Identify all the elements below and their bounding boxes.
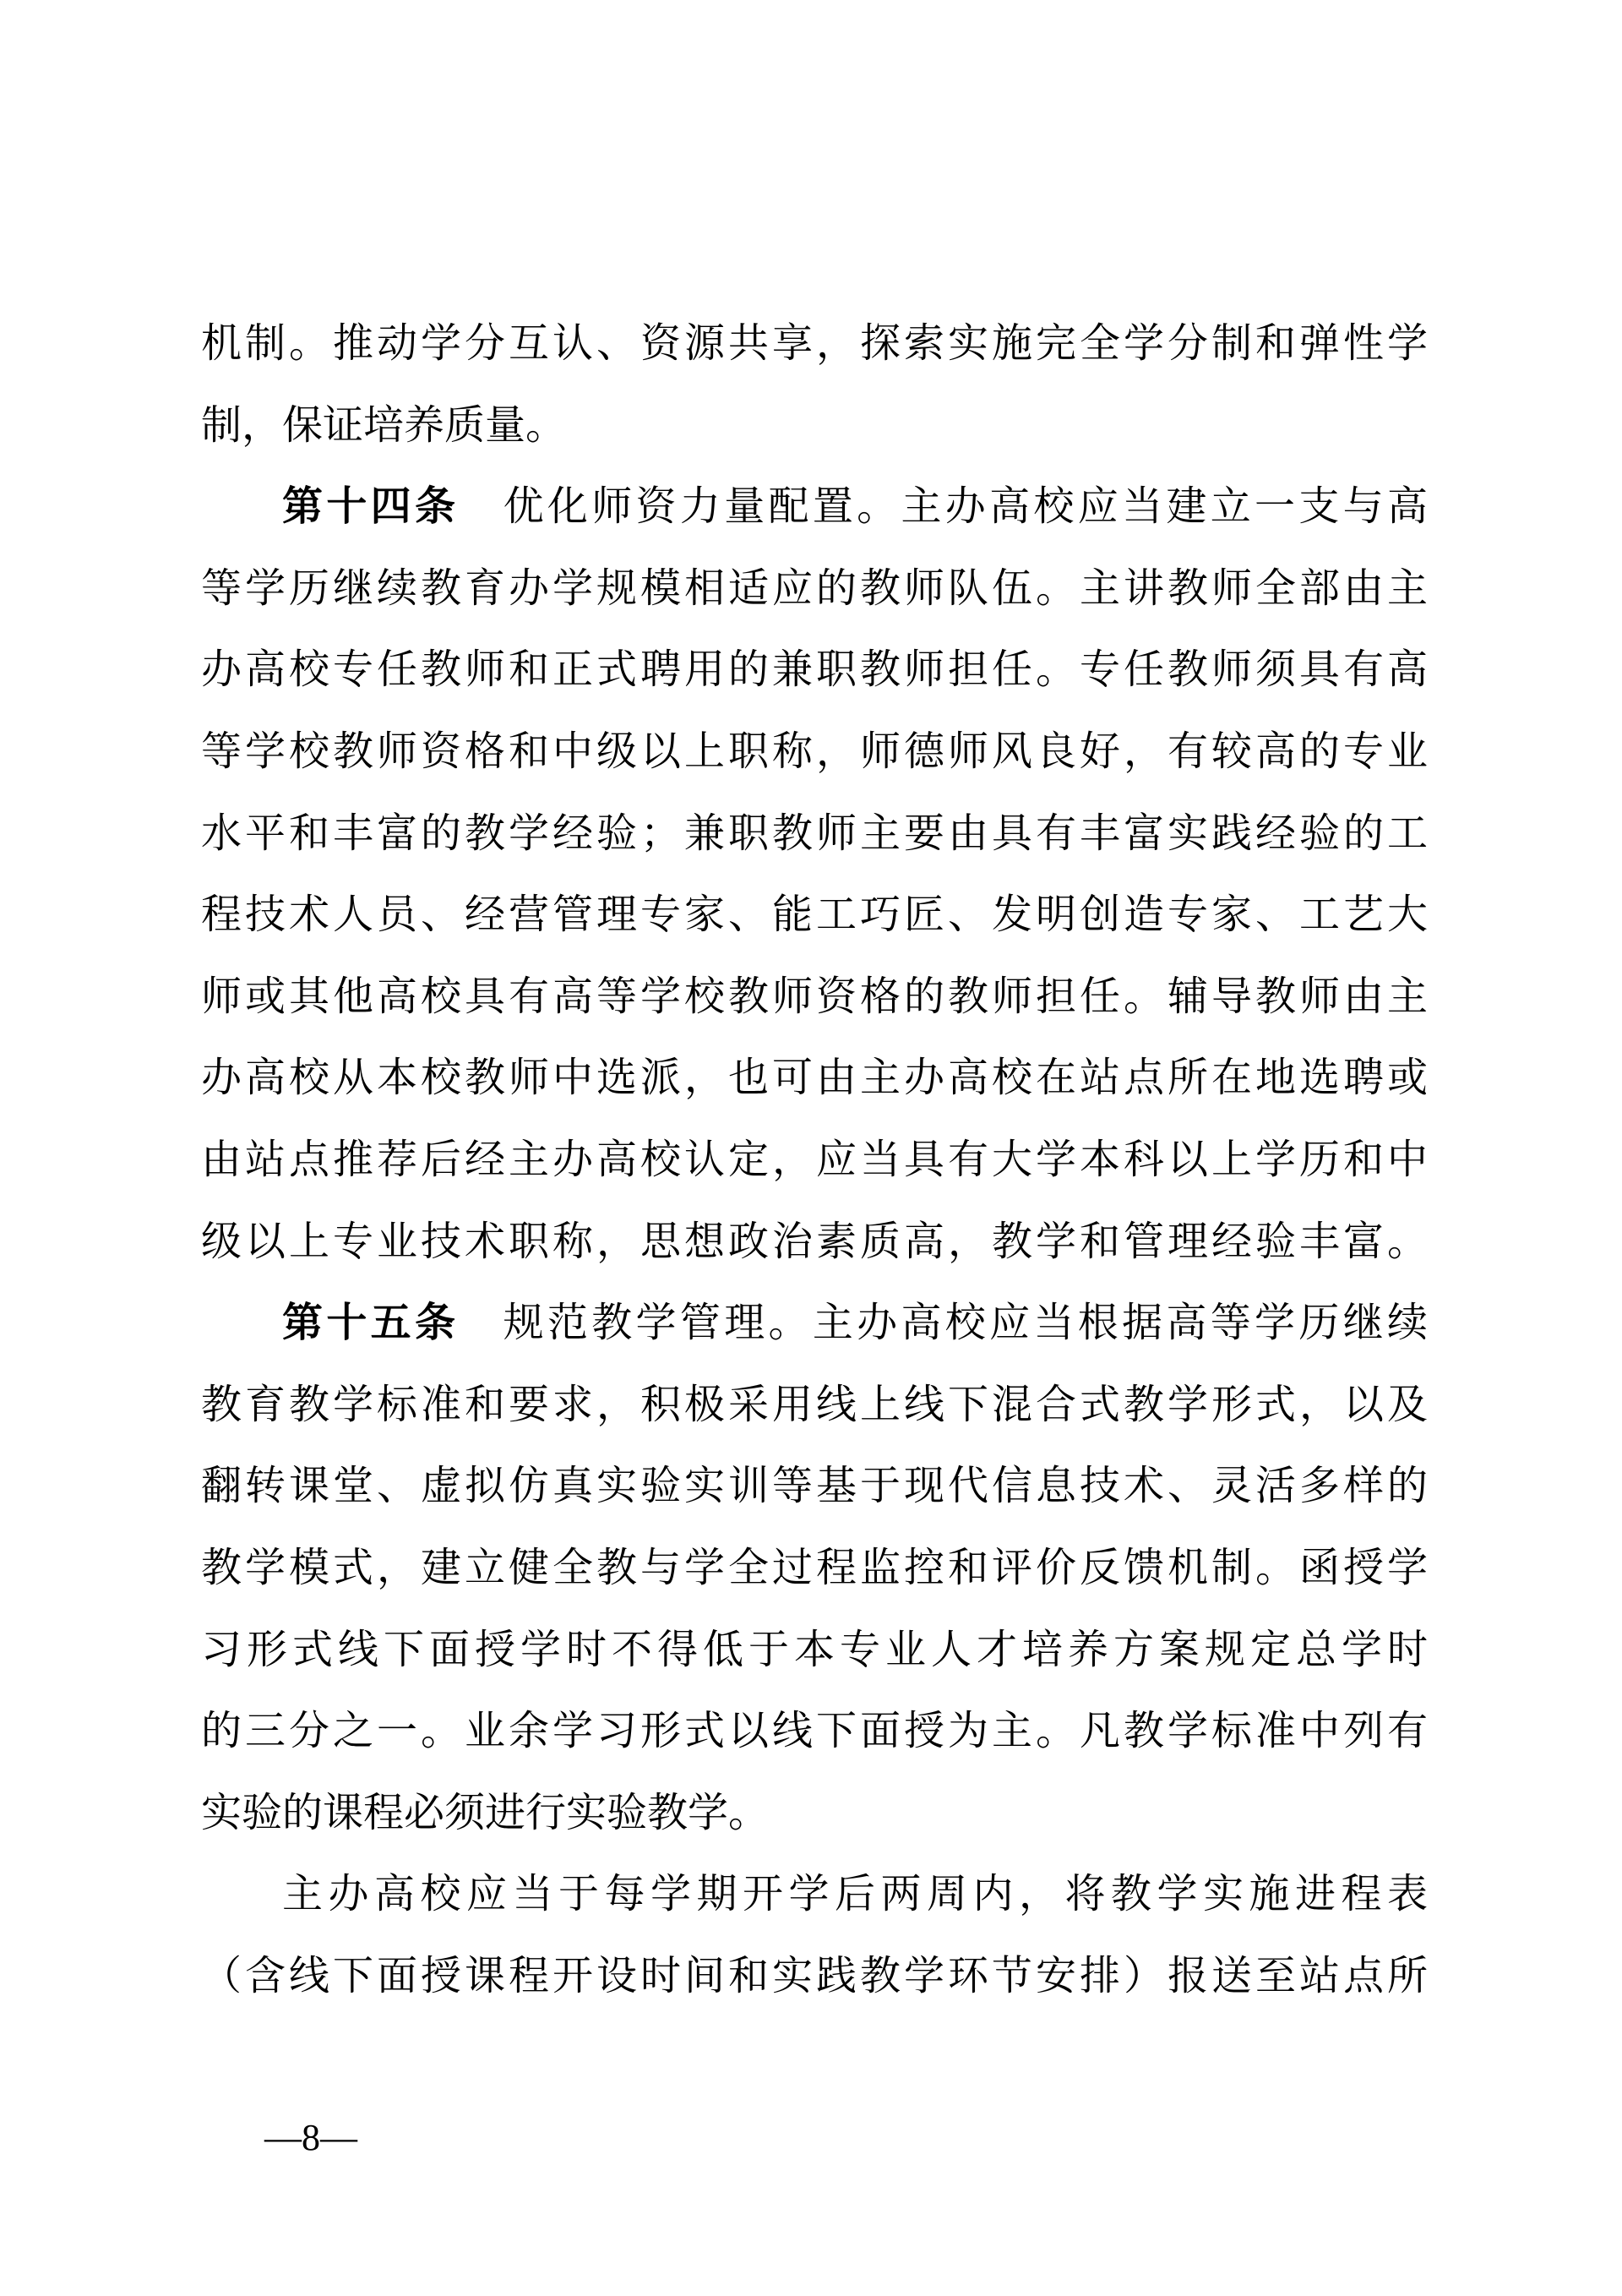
body-text: 程技术人员、经营管理专家、能工巧匠、发明创造专家、工艺大 xyxy=(201,892,1428,937)
text-line: 实验的课程必须进行实验教学。 xyxy=(201,1773,1428,1855)
article-number-heading: 第十五条 xyxy=(282,1301,459,1345)
body-text: 规范教学管理。主办高校应当根据高等学历继续 xyxy=(459,1301,1428,1345)
document-body: 机制。推动学分互认、资源共享，探索实施完全学分制和弹性学制，保证培养质量。第十四… xyxy=(201,303,1428,2017)
text-line: 办高校专任教师和正式聘用的兼职教师担任。专任教师须具有高 xyxy=(201,630,1428,712)
text-line: 制，保证培养质量。 xyxy=(201,385,1428,467)
para-article-15-teaching-management: 第十五条 规范教学管理。主办高校应当根据高等学历继续教育教学标准和要求，积极采用… xyxy=(201,1283,1428,1854)
body-text: 制，保证培养质量。 xyxy=(201,403,566,448)
body-text: 教学模式，建立健全教与学全过程监控和评价反馈机制。函授学 xyxy=(201,1546,1428,1590)
para-teaching-schedule-report: 主办高校应当于每学期开学后两周内，将教学实施进程表（含线下面授课程开设时间和实践… xyxy=(201,1854,1428,2017)
text-line: 教育教学标准和要求，积极采用线上线下混合式教学形式，以及 xyxy=(201,1365,1428,1447)
body-text: 办高校从本校教师中选派，也可由主办高校在站点所在地选聘或 xyxy=(201,1055,1428,1100)
text-line: 机制。推动学分互认、资源共享，探索实施完全学分制和弹性学 xyxy=(201,303,1428,385)
body-text: 的三分之一。业余学习形式以线下面授为主。凡教学标准中列有 xyxy=(201,1709,1428,1753)
page-footer: —8— xyxy=(264,2114,357,2162)
body-text: 翻转课堂、虚拟仿真实验实训等基于现代信息技术、灵活多样的 xyxy=(201,1464,1428,1508)
para-article-14-faculty: 第十四条 优化师资力量配置。主办高校应当建立一支与高等学历继续教育办学规模相适应… xyxy=(201,466,1428,1283)
text-line: 级以上专业技术职称，思想政治素质高，教学和管理经验丰富。 xyxy=(201,1202,1428,1284)
document-page: 机制。推动学分互认、资源共享，探索实施完全学分制和弹性学制，保证培养质量。第十四… xyxy=(0,0,1622,2296)
text-line: 第十四条 优化师资力量配置。主办高校应当建立一支与高 xyxy=(201,466,1428,548)
body-text: 等学校教师资格和中级以上职称，师德师风良好，有较高的专业 xyxy=(201,729,1428,774)
text-line: 师或其他高校具有高等学校教师资格的教师担任。辅导教师由主 xyxy=(201,957,1428,1039)
para-continuation-credit-system: 机制。推动学分互认、资源共享，探索实施完全学分制和弹性学制，保证培养质量。 xyxy=(201,303,1428,466)
text-line: 等学校教师资格和中级以上职称，师德师风良好，有较高的专业 xyxy=(201,712,1428,794)
text-line: （含线下面授课程开设时间和实践教学环节安排）报送至站点所 xyxy=(201,1936,1428,2018)
body-text: 习形式线下面授学时不得低于本专业人才培养方案规定总学时 xyxy=(201,1628,1428,1672)
body-text: 由站点推荐后经主办高校认定，应当具有大学本科以上学历和中 xyxy=(201,1137,1428,1182)
body-text: 机制。推动学分互认、资源共享，探索实施完全学分制和弹性学 xyxy=(201,321,1428,366)
text-line: 水平和丰富的教学经验；兼职教师主要由具有丰富实践经验的工 xyxy=(201,794,1428,875)
article-number-heading: 第十四条 xyxy=(282,484,459,529)
body-text: 办高校专任教师和正式聘用的兼职教师担任。专任教师须具有高 xyxy=(201,647,1428,692)
body-text: 主办高校应当于每学期开学后两周内，将教学实施进程表 xyxy=(282,1872,1428,1917)
body-text: 实验的课程必须进行实验教学。 xyxy=(201,1791,769,1835)
text-line: 程技术人员、经营管理专家、能工巧匠、发明创造专家、工艺大 xyxy=(201,875,1428,957)
text-line: 由站点推荐后经主办高校认定，应当具有大学本科以上学历和中 xyxy=(201,1120,1428,1202)
page-number: —8— xyxy=(264,2117,357,2158)
text-line: 第十五条 规范教学管理。主办高校应当根据高等学历继续 xyxy=(201,1283,1428,1365)
text-line: 习形式线下面授学时不得低于本专业人才培养方案规定总学时 xyxy=(201,1610,1428,1692)
body-text: 等学历继续教育办学规模相适应的教师队伍。主讲教师全部由主 xyxy=(201,566,1428,611)
body-text: 水平和丰富的教学经验；兼职教师主要由具有丰富实践经验的工 xyxy=(201,811,1428,856)
text-line: 的三分之一。业余学习形式以线下面授为主。凡教学标准中列有 xyxy=(201,1691,1428,1773)
text-line: 主办高校应当于每学期开学后两周内，将教学实施进程表 xyxy=(201,1854,1428,1936)
body-text: （含线下面授课程开设时间和实践教学环节安排）报送至站点所 xyxy=(201,1954,1428,1999)
body-text: 级以上专业技术职称，思想政治素质高，教学和管理经验丰富。 xyxy=(201,1219,1428,1264)
body-text: 优化师资力量配置。主办高校应当建立一支与高 xyxy=(459,484,1428,529)
body-text: 教育教学标准和要求，积极采用线上线下混合式教学形式，以及 xyxy=(201,1383,1428,1427)
text-line: 翻转课堂、虚拟仿真实验实训等基于现代信息技术、灵活多样的 xyxy=(201,1446,1428,1528)
body-text: 师或其他高校具有高等学校教师资格的教师担任。辅导教师由主 xyxy=(201,974,1428,1019)
text-line: 等学历继续教育办学规模相适应的教师队伍。主讲教师全部由主 xyxy=(201,548,1428,630)
text-line: 办高校从本校教师中选派，也可由主办高校在站点所在地选聘或 xyxy=(201,1038,1428,1120)
text-line: 教学模式，建立健全教与学全过程监控和评价反馈机制。函授学 xyxy=(201,1528,1428,1610)
